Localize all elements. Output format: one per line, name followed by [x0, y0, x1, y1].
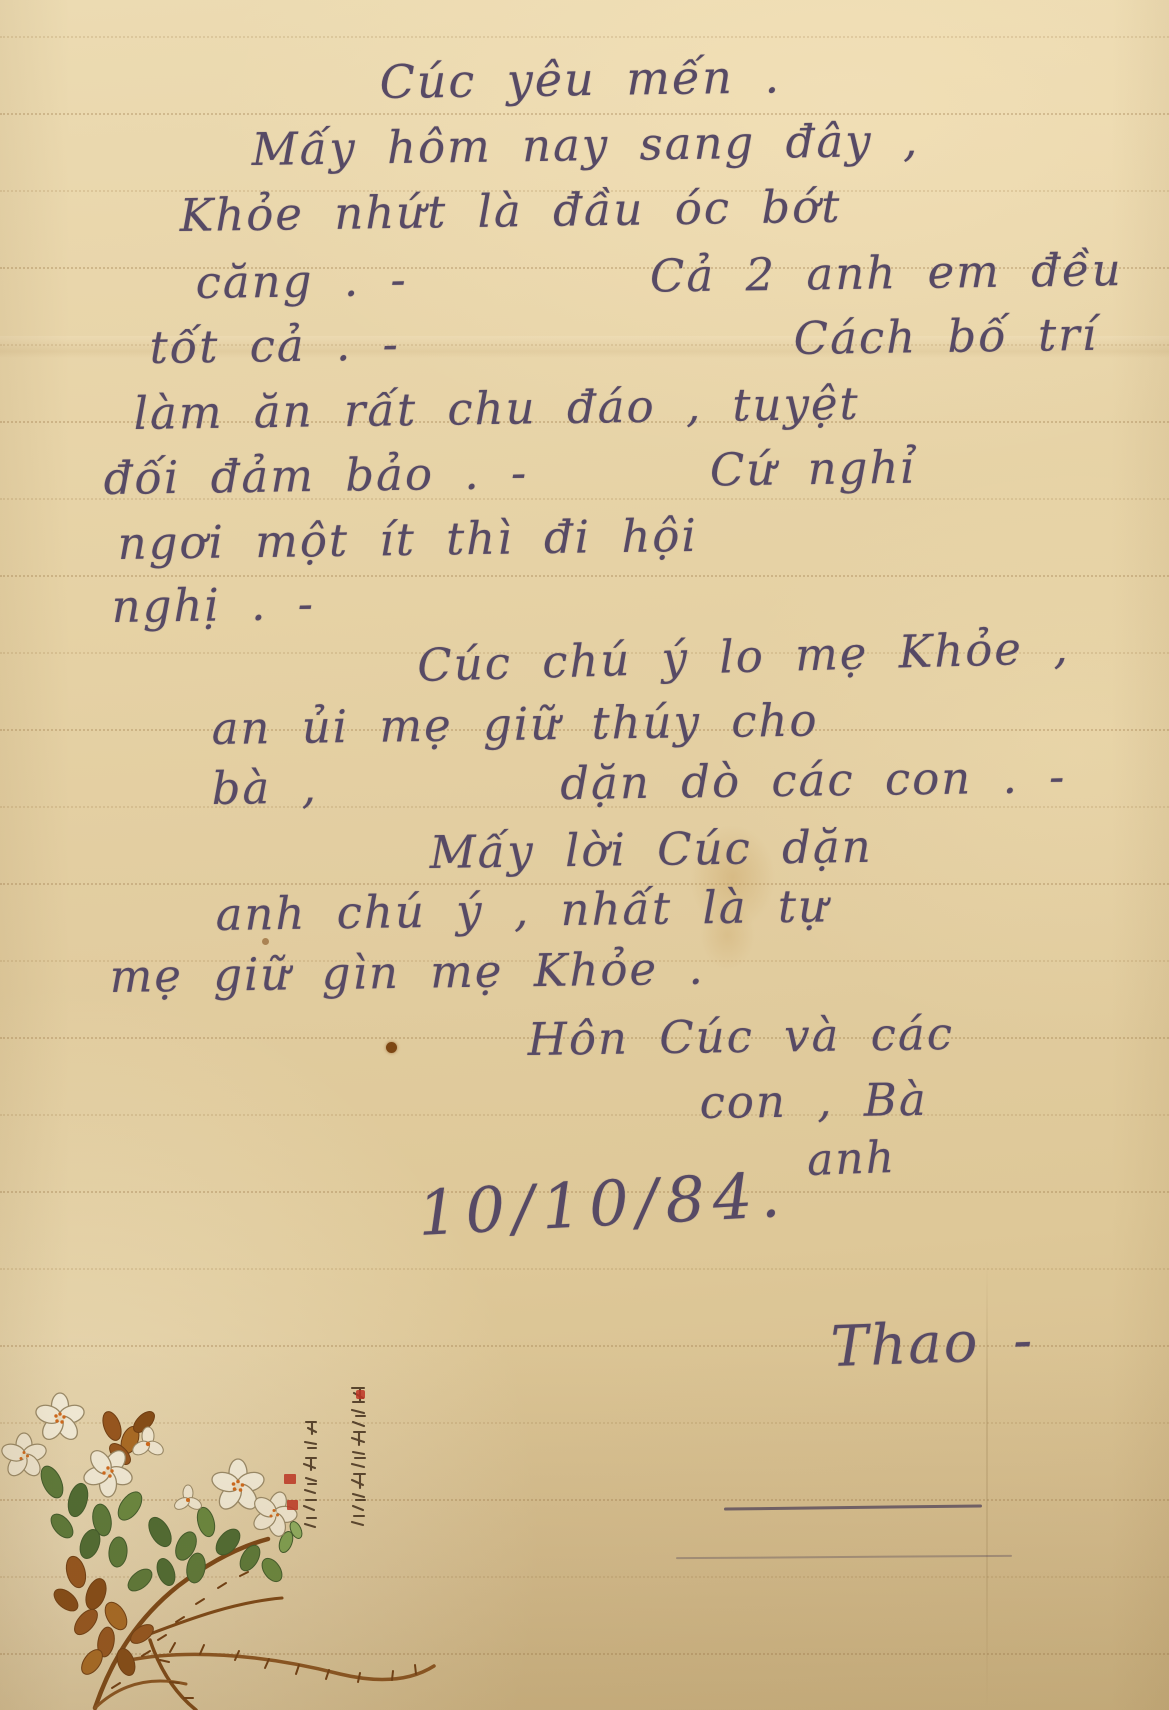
salutation: Cúc yêu mến .	[379, 50, 781, 108]
signature-name: Thao -	[830, 1309, 1035, 1380]
letter-photo: Cúc yêu mến . Mấy hôm nay sang đây , Khỏ…	[0, 0, 1169, 1710]
letter-line: an ủi mẹ giữ thúy cho	[211, 695, 819, 755]
letter-line: mẹ giữ gìn mẹ Khỏe .	[109, 943, 705, 1003]
letter-line: anh chú ý , nhất là tự	[215, 880, 829, 940]
closing-line: con , Bà	[699, 1074, 928, 1129]
ruled-line	[0, 575, 1169, 577]
letter-line: ngơi một ít thì đi hội	[117, 510, 698, 570]
letter-line: đối đảm bảo . - Cứ nghỉ	[103, 442, 917, 505]
ruled-line	[0, 36, 1169, 38]
letter-line: căng . - Cả 2 anh em đều	[195, 244, 1123, 309]
rose-bud	[173, 1485, 204, 1512]
signature-underline-faint	[676, 1555, 1012, 1559]
letter-line: Mấy hôm nay sang đây ,	[251, 115, 919, 176]
letter-line: Khỏe nhứt là đầu óc bớt	[179, 181, 841, 242]
letter-line: nghị . -	[111, 578, 315, 633]
date: 10/10/84.	[416, 1159, 789, 1250]
rose-flower	[34, 1393, 87, 1443]
ruled-line	[0, 1114, 1169, 1116]
letter-line: tốt cả . - Cách bố trí	[149, 309, 1098, 374]
seal-stamps	[284, 1390, 365, 1510]
letter-line: Mấy lời Cúc dặn	[429, 821, 873, 879]
calligraphy-inscription	[304, 1388, 365, 1527]
letter-line: làm ăn rất chu đáo , tuyệt	[133, 378, 860, 440]
closing-line: Hôn Cúc và các	[527, 1008, 954, 1066]
ruled-line	[0, 1268, 1169, 1270]
ruled-line	[0, 113, 1169, 115]
signature-role: anh	[806, 1133, 897, 1187]
ink-speck	[386, 1042, 397, 1053]
rose-flower	[250, 1490, 297, 1539]
signature-underline	[724, 1504, 982, 1510]
letter-line: Cúc chú ý lo mẹ Khỏe ,	[417, 622, 1071, 692]
stationery-painting	[0, 1330, 460, 1710]
